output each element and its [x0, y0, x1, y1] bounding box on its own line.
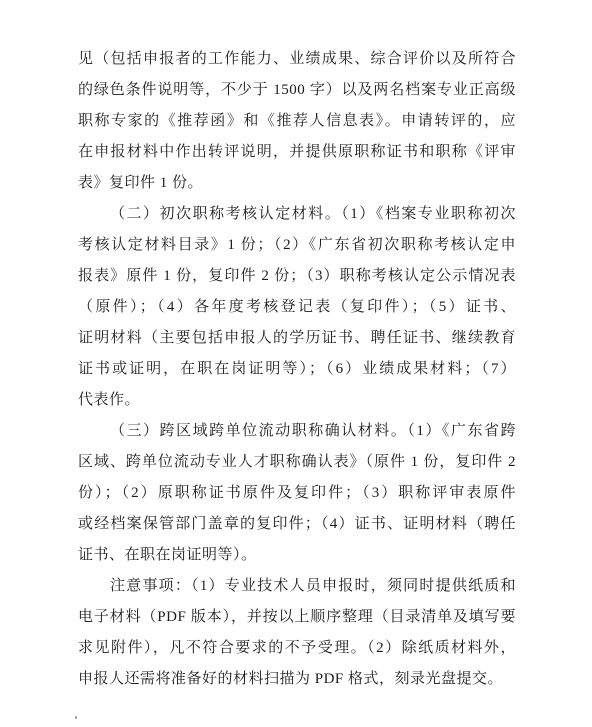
text-line: 证书或证明，在职在岗证明等）；（6）业绩成果材料；（7）: [78, 354, 516, 385]
text-line: 电子材料（PDF 版本），并按以上顺序整理（目录清单及填写要: [78, 602, 516, 633]
text-line-paragraph-start: 注意事项：（1）专业技术人员申报时，须同时提供纸质和: [78, 571, 516, 602]
document-text-block: 见（包括申报者的工作能力、业绩成果、综合评价以及所符合 的绿色条件说明等，不少于…: [78, 44, 516, 695]
text-line: 在申报材料中作出转评说明，并提供原职称证书和职称《评审: [78, 137, 516, 168]
text-line: 或经档案保管部门盖章的复印件；（4）证书、证明材料（聘任: [78, 509, 516, 540]
text-line: 份）；（2）原职称证书原件及复印件；（3）职称评审表原件: [78, 478, 516, 509]
text-line: 见（包括申报者的工作能力、业绩成果、综合评价以及所符合: [78, 44, 516, 75]
text-line-paragraph-start: （二）初次职称考核认定材料。（1）《档案专业职称初次: [78, 199, 516, 230]
document-page: 见（包括申报者的工作能力、业绩成果、综合评价以及所符合 的绿色条件说明等，不少于…: [0, 0, 592, 727]
text-line-paragraph-start: （三）跨区域跨单位流动职称确认材料。（1）《广东省跨: [78, 416, 516, 447]
text-line: （原件）；（4）各年度考核登记表（复印件）；（5）证书、: [78, 292, 516, 323]
text-line: 证明材料（主要包括申报人的学历证书、聘任证书、继续教育: [78, 323, 516, 354]
text-line: 报表》原件 1 份，复印件 2 份；（3）职称考核认定公示情况表: [78, 261, 516, 292]
text-line-paragraph-end: 申报人还需将准备好的材料扫描为 PDF 格式，刻录光盘提交。: [78, 664, 516, 695]
text-line-paragraph-end: 代表作。: [78, 385, 516, 416]
text-line: 考核认定材料目录》1 份；（2）《广东省初次职称考核认定申: [78, 230, 516, 261]
text-line: 求见附件），凡不符合要求的不予受理。（2）除纸质材料外，: [78, 633, 516, 664]
text-line-paragraph-end: 表》复印件 1 份。: [78, 168, 516, 199]
text-line: 职称专家的《推荐函》和《推荐人信息表》。申请转评的，应: [78, 106, 516, 137]
text-line: 区域、跨单位流动专业人才职称确认表》（原件 1 份，复印件 2: [78, 447, 516, 478]
scan-artifact-dot: [75, 716, 77, 719]
text-line: 的绿色条件说明等，不少于 1500 字）以及两名档案专业正高级: [78, 75, 516, 106]
text-line-paragraph-end: 证书、在职在岗证明等）。: [78, 540, 516, 571]
